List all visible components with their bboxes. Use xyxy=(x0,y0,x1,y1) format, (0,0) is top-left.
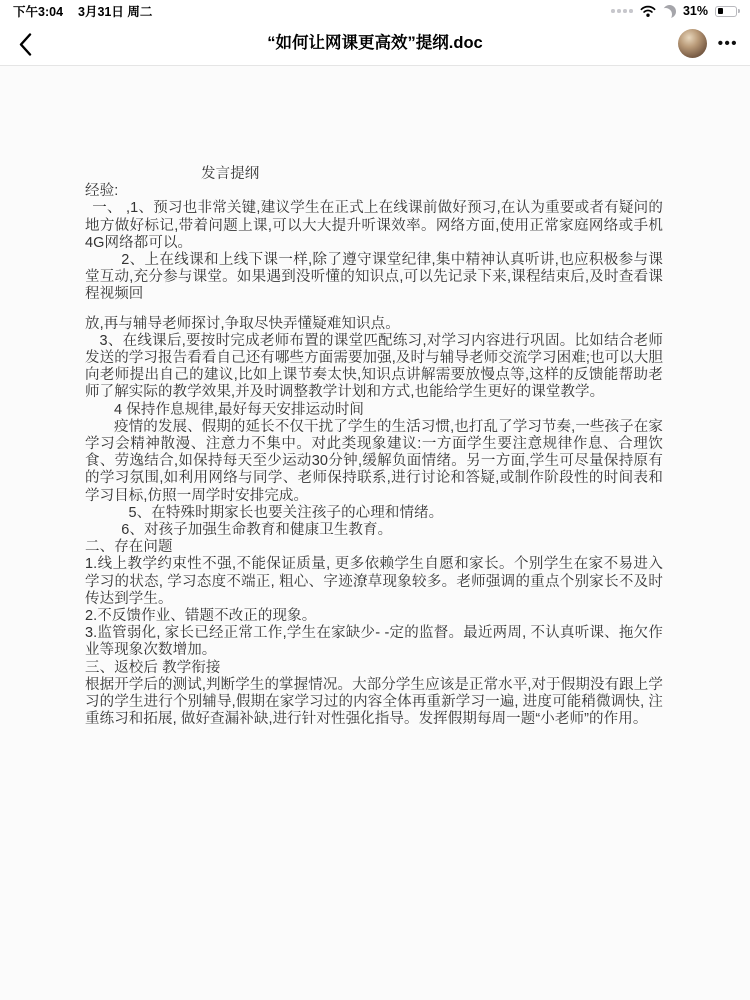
cellular-signal-icon xyxy=(611,9,633,13)
ipad-screen: 下午3:04 3月31日 周二 31% xyxy=(0,0,750,1000)
doc-paragraph: 根据开学后的测试,判断学生的掌握情况。大部分学生应该是正常水平,对于假期没有跟上… xyxy=(85,677,663,729)
doc-paragraph: 1.线上教学约束性不强,不能保证质量, 更多依赖学生自愿和家长。个别学生在家不易… xyxy=(85,556,663,608)
doc-paragraph: 5、在特殊时期家长也要关注孩子的心理和情绪。 xyxy=(85,505,663,522)
doc-paragraph: 2.不反馈作业、错题不改正的现象。 xyxy=(85,608,663,625)
document-title: “如何让网课更高效”提纲.doc xyxy=(120,22,630,65)
doc-paragraph: 3.监管弱化, 家长已经正常工作,学生在家缺少- -定的监督。最近两周, 不认真… xyxy=(85,625,663,659)
doc-paragraph: 一、 ,1、预习也非常关键,建议学生在正式上在线课前做好预习,在认为重要或者有疑… xyxy=(85,200,663,252)
doc-heading: 发言提纲 xyxy=(85,166,663,183)
doc-paragraph: 经验: xyxy=(85,183,663,200)
status-bar: 下午3:04 3月31日 周二 31% xyxy=(0,0,750,22)
more-button[interactable]: ••• xyxy=(718,22,738,65)
battery-percent: 31% xyxy=(683,4,708,18)
battery-icon xyxy=(715,6,740,17)
status-left: 下午3:04 3月31日 周二 xyxy=(10,2,152,20)
doc-section-heading: 三、返校后 教学衔接 xyxy=(85,660,663,677)
status-date: 3月31日 周二 xyxy=(78,2,152,20)
document-viewer[interactable]: 发言提纲 经验: 一、 ,1、预习也非常关键,建议学生在正式上在线课前做好预习,… xyxy=(0,66,750,1000)
back-button[interactable] xyxy=(10,29,40,59)
status-time: 下午3:04 xyxy=(13,2,63,20)
doc-paragraph: 6、对孩子加强生命教育和健康卫生教育。 xyxy=(85,522,663,539)
status-right: 31% xyxy=(611,4,740,18)
document-page: 发言提纲 经验: 一、 ,1、预习也非常关键,建议学生在正式上在线课前做好预习,… xyxy=(85,166,663,729)
do-not-disturb-moon-icon xyxy=(663,5,676,18)
wifi-icon xyxy=(640,5,656,17)
doc-paragraph: 2、上在线课和上线下课一样,除了遵守课堂纪律,集中精神认真听讲,也应积极参与课堂… xyxy=(85,252,663,304)
doc-paragraph: 4 保持作息规律,最好每天安排运动时间 xyxy=(85,402,663,419)
chevron-left-icon xyxy=(19,33,32,56)
doc-paragraph: 疫情的发展、假期的延长不仅干扰了学生的生活习惯,也打乱了学习节奏,一些孩子在家学… xyxy=(85,419,663,505)
doc-paragraph: 放,再与辅导老师探讨,争取尽快弄懂疑难知识点。 xyxy=(85,316,663,333)
nav-bar: “如何让网课更高效”提纲.doc ••• xyxy=(0,22,750,66)
doc-paragraph: 3、在线课后,要按时完成老师布置的课堂匹配练习,对学习内容进行巩固。比如结合老师… xyxy=(85,333,663,402)
nav-right-group: ••• xyxy=(678,22,738,65)
avatar[interactable] xyxy=(678,29,707,58)
doc-section-heading: 二、存在问题 xyxy=(85,539,663,556)
